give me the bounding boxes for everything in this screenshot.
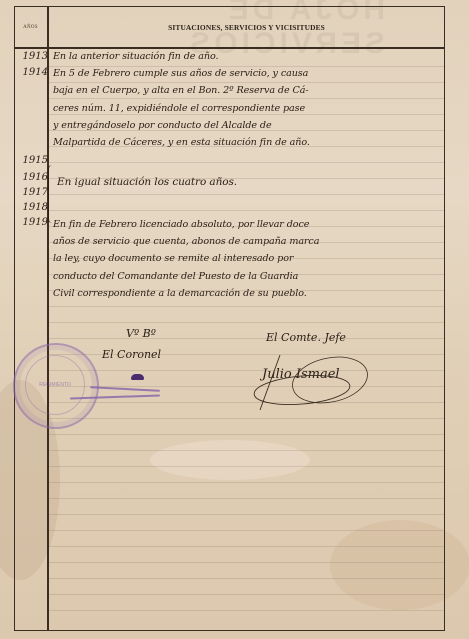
entry-line: En igual situación los cuatro años. (57, 176, 449, 188)
year-grouping-brace (48, 165, 53, 223)
signature-flourish (240, 350, 390, 420)
section-title: SITUACIONES, SERVICIOS Y VICISITUDES (48, 7, 445, 47)
entry-line: Civil correspondiente a la demarcación d… (53, 288, 445, 299)
entry-line: En la anterior situación fin de año. (53, 51, 445, 62)
entry-line: ceres núm. 11, expidiéndole el correspon… (53, 103, 445, 114)
year-label: 1919 (16, 217, 50, 228)
year-label: 1914 (16, 67, 50, 78)
entry-line: conducto del Comandante del Puesto de la… (53, 271, 445, 282)
column-divider (47, 6, 49, 631)
official-stamp: REGIMIENTO (13, 343, 99, 429)
entry-line: Malpartida de Cáceres, y en esta situaci… (53, 137, 445, 148)
ink-blot (131, 374, 144, 380)
entry-line: años de servicio que cuenta, abonos de c… (53, 236, 445, 247)
entry-line: y entregándoselo por conducto del Alcald… (53, 120, 445, 131)
entry-line: En 5 de Febrero cumple sus años de servi… (53, 68, 445, 79)
commander-title: El Comte. Jefe (266, 331, 346, 344)
entry-line: la ley, cuyo documento se remite al inte… (53, 253, 445, 264)
colonel-title: El Coronel (102, 348, 161, 361)
year-label: 1918 (16, 202, 50, 213)
entry-line: En fin de Febrero licenciado absoluto, p… (53, 219, 445, 230)
year-column-header: AÑOS (14, 7, 47, 47)
entry-line: baja en el Cuerpo, y alta en el Bon. 2º … (53, 85, 445, 96)
table-frame (14, 6, 445, 631)
year-label: 1916 (16, 172, 50, 183)
year-label: 1917 (16, 187, 50, 198)
header-divider (14, 47, 445, 49)
stamp-text: REGIMIENTO (25, 355, 85, 415)
approval-mark: Vº Bº (126, 327, 156, 340)
year-label: 1913 (16, 51, 50, 62)
year-label: 1915 (16, 155, 50, 166)
